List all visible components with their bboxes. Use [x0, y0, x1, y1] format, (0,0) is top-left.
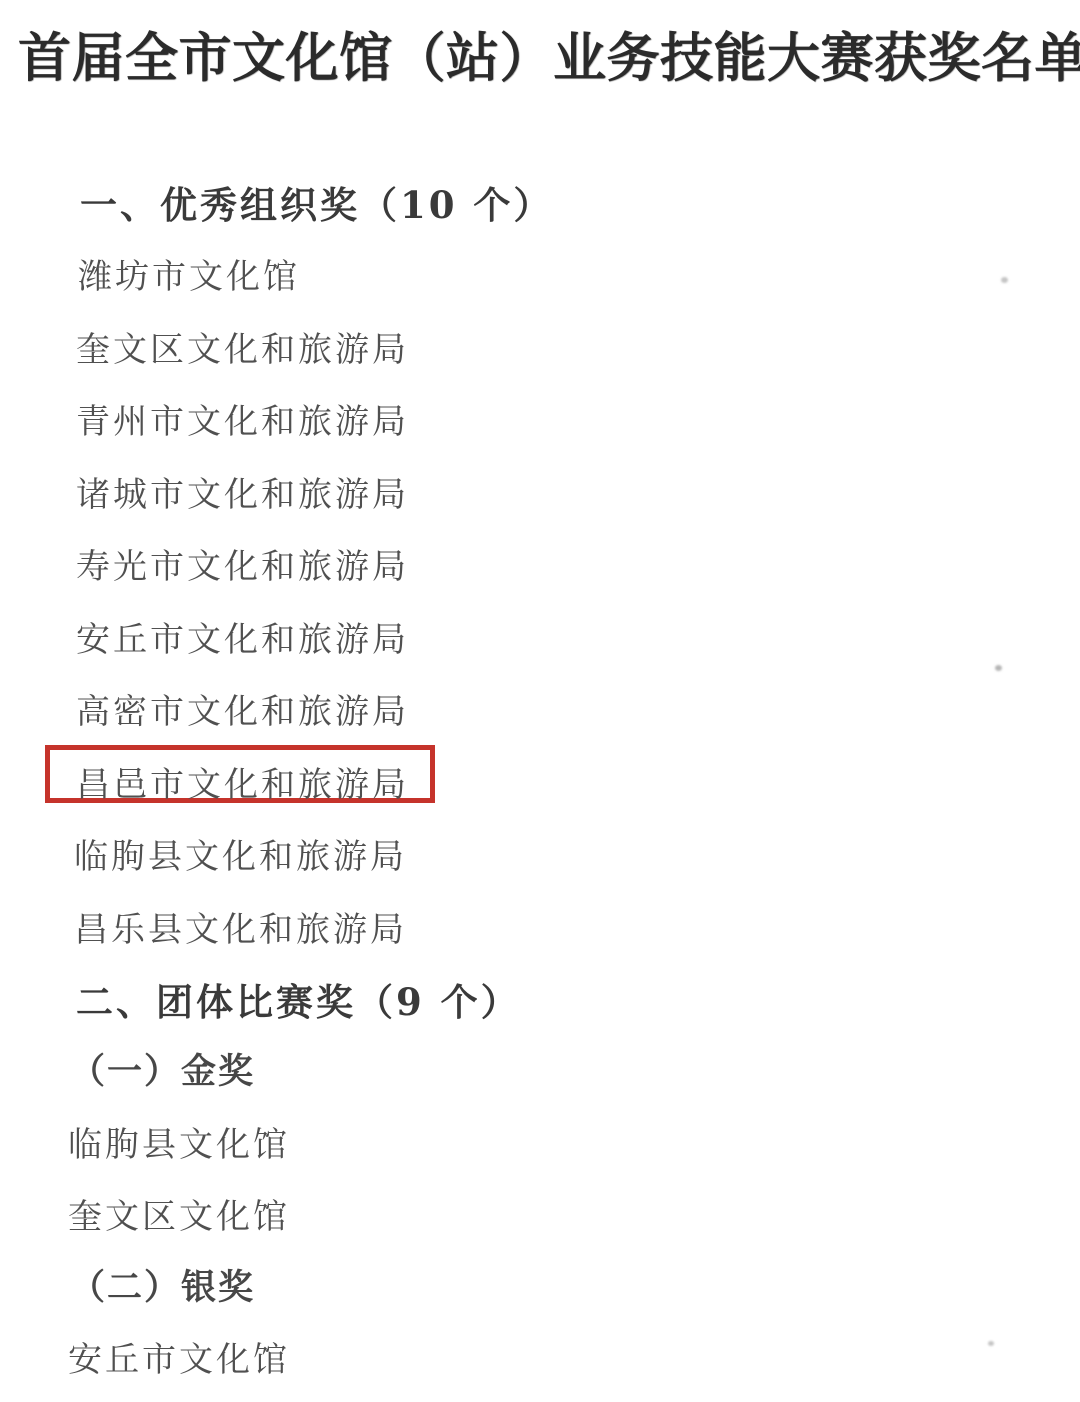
award-item: 安丘市文化和旅游局: [76, 612, 409, 661]
subsection-heading-silver-award: （二）银奖: [70, 1260, 255, 1310]
award-item: 安丘市文化馆: [68, 1332, 290, 1381]
scan-speck: [988, 1341, 994, 1346]
award-item: 奎文区文化和旅游局: [76, 322, 409, 371]
page-title: 首届全市文化馆（站）业务技能大赛获奖名单: [18, 16, 1080, 92]
award-item: 奎文区文化馆: [68, 1189, 290, 1238]
award-item: 诸城市文化和旅游局: [76, 467, 409, 516]
award-item-highlighted: 昌邑市文化和旅游局: [76, 757, 409, 806]
subsection-heading-gold-award: （一）金奖: [70, 1044, 255, 1094]
document-page: 首届全市文化馆（站）业务技能大赛获奖名单 一、优秀组织奖（10 个） 潍坊市文化…: [0, 0, 1080, 1402]
award-item: 青州市文化和旅游局: [76, 394, 409, 443]
section-heading-excellent-organization: 一、优秀组织奖（10 个）: [80, 175, 553, 229]
award-item: 临朐县文化和旅游局: [74, 829, 407, 878]
scan-speck: [1001, 277, 1008, 283]
award-item: 临朐县文化馆: [68, 1117, 290, 1166]
award-item: 昌乐县文化和旅游局: [74, 902, 407, 951]
section-heading-team-competition: 二、团体比赛奖（9 个）: [76, 972, 521, 1026]
award-item: 潍坊市文化馆: [78, 249, 300, 298]
scan-speck: [995, 665, 1002, 671]
award-item: 寿光市文化和旅游局: [76, 539, 409, 588]
award-item: 高密市文化和旅游局: [76, 684, 409, 733]
